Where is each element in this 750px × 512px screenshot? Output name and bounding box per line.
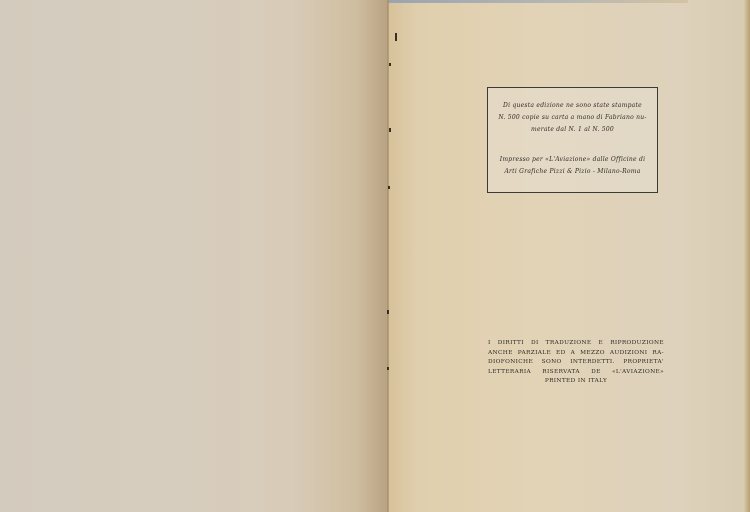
binding-stitch	[389, 128, 391, 132]
right-page	[388, 0, 750, 512]
edition-line: N. 500 copie su carta a mano di Fabriano…	[496, 112, 649, 124]
binding-stitch	[389, 63, 391, 66]
printed-in-italy: PRINTED IN ITALY	[488, 377, 664, 387]
left-page-blank	[0, 0, 388, 512]
edition-line: Di questa edizione ne sono state stampat…	[496, 100, 649, 112]
printer-line: Arti Grafiche Pizzi & Pizio - Milano-Rom…	[496, 166, 649, 178]
page-right-edge	[744, 0, 750, 512]
binding-stitch	[387, 367, 389, 370]
binding-stitch	[388, 186, 390, 189]
edition-notice: Di questa edizione ne sono state stampat…	[496, 100, 649, 136]
printer-line: Impresso per «L'Aviazione» dalle Officin…	[496, 154, 649, 166]
rights-notice: I DIRITTI DI TRADUZIONE E RIPRODUZIONE A…	[488, 339, 664, 387]
rights-line: LETTERARIA RISERVATA DE «L'AVIAZIONE»	[488, 368, 664, 378]
binding-stitch	[395, 33, 397, 41]
book-gutter	[387, 0, 389, 512]
rights-line: ANCHE PARZIALE ED A MEZZO AUDIZIONI RA-	[488, 349, 664, 359]
rights-line: I DIRITTI DI TRADUZIONE E RIPRODUZIONE	[488, 339, 664, 349]
page-top-edge	[388, 0, 688, 3]
printer-notice: Impresso per «L'Aviazione» dalle Officin…	[496, 154, 649, 178]
colophon-box: Di questa edizione ne sono state stampat…	[487, 87, 658, 193]
binding-stitch	[387, 310, 389, 314]
edition-line: merate dal N. 1 al N. 500	[496, 124, 649, 136]
rights-line: DIOFONICHE SONO INTERDETTI. PROPRIETA'	[488, 358, 664, 368]
